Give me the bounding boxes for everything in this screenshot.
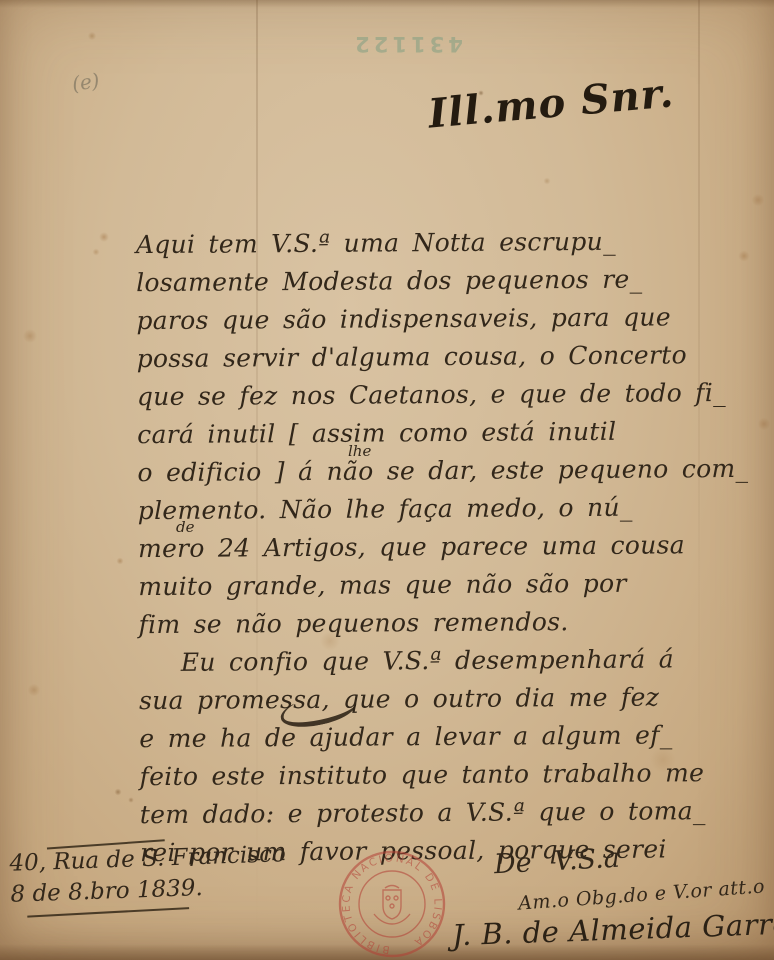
body-line: losamente Modesta dos pequenos re_ (136, 260, 750, 302)
body-line: e me ha de ajudar a levar a algum ef_ (139, 716, 753, 758)
body-line: tem dado: e protesto a V.S.ª que o toma_ (140, 792, 754, 834)
inverted-accession-number-stamp: 431122 (322, 32, 492, 56)
body-line: que se fez nos Caetanos, e que de todo f… (137, 374, 751, 416)
body-line: possa servir d'alguma cousa, o Concerto (137, 336, 751, 378)
body-line: plemento. Não lhe faça medo, o nú_ (138, 488, 752, 530)
address-date-block: 40, Rua de S. Francisco 8 de 8.bro 1839. (5, 837, 288, 917)
body-line: cará inutil [ assim como está inutil (137, 412, 751, 454)
paper-edge-top (0, 0, 774, 8)
body-line: fim se não pequenos remendos. (138, 602, 752, 644)
body-line: feito este instituto que tanto trabalho … (139, 754, 753, 796)
pencil-note: (e) (70, 68, 101, 96)
letter-body: Aqui tem V.S.ª uma Notta escrupu_ losame… (136, 222, 754, 872)
closing-de-vsa: De V.S.a (493, 843, 620, 881)
body-line: Aqui tem V.S.ª uma Notta escrupu_ (136, 222, 750, 264)
body-line: Eu confio que V.S.ª desempenhará á (139, 640, 753, 682)
body-line: paros que são indispensaveis, para que (136, 298, 750, 340)
letter-page: (e) 431122 Ill.mo Snr. Aqui tem V.S.ª um… (0, 0, 774, 960)
library-stamp: BIBLIOTECA NACIONAL DE LISBOA (336, 848, 448, 960)
body-line: o edificio ] á não se dar, este pequeno … (137, 450, 751, 492)
body-line: muito grande, mas que não são por (138, 564, 752, 606)
body-line: mero 24 Artigos, que parece uma cousa (138, 526, 752, 568)
interlinear-insertion-de: de (176, 518, 194, 536)
salutation: Ill.mo Snr. (426, 69, 675, 137)
stamp-coat-of-arms (374, 886, 410, 925)
body-line: sua promessa, que o outro dia me fez (139, 678, 753, 720)
interlinear-insertion-lhe: lhe (348, 442, 371, 460)
